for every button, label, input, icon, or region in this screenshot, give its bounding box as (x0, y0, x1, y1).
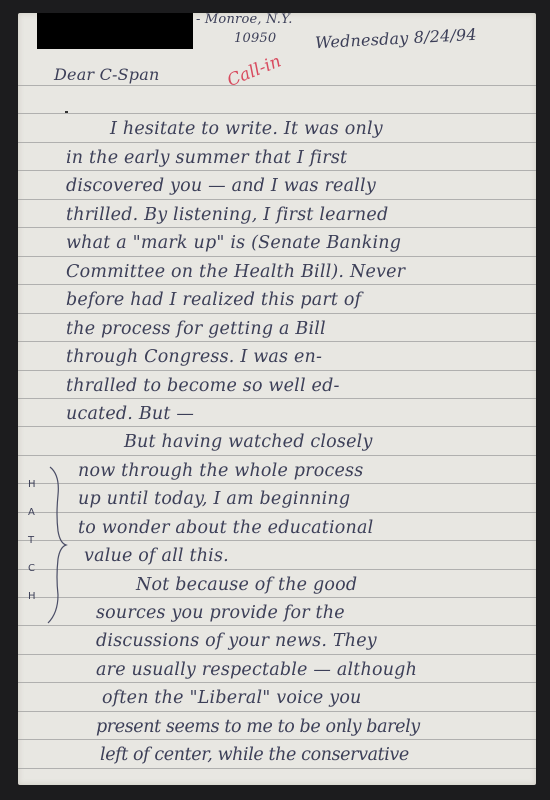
ruled-line (18, 711, 536, 712)
salutation: Dear C-Span (54, 65, 159, 84)
letter-line: in the early summer that I first (66, 148, 347, 168)
ruled-line (18, 113, 536, 114)
letter-line: present seems to me to be only barely (96, 717, 420, 737)
letter-line: now through the whole process (78, 461, 363, 481)
ruled-line (18, 199, 536, 200)
letter-line: thralled to become so well ed- (66, 376, 340, 396)
ruled-line (18, 341, 536, 342)
ruled-line (18, 682, 536, 683)
letter-line: discussions of your news. They (96, 631, 377, 651)
ruled-line (18, 142, 536, 143)
ink-dot (65, 111, 68, 113)
ruled-line (18, 483, 536, 484)
letter-line: before had I realized this part of (66, 290, 361, 310)
letter-line: through Congress. I was en- (66, 347, 322, 367)
curly-brace-icon (46, 465, 76, 625)
margin-letter: C (28, 563, 42, 591)
letter-line: the process for getting a Bill (66, 319, 326, 339)
ruled-line (18, 569, 536, 570)
letter-line: discovered you — and I was really (66, 176, 376, 196)
letter-page: - Monroe, N.Y. 10950 Wednesday 8/24/94 D… (18, 13, 536, 785)
letter-line: are usually respectable — although (96, 660, 417, 680)
margin-letter: H (28, 479, 42, 507)
ruled-line (18, 256, 536, 257)
ruled-line (18, 512, 536, 513)
ruled-line (18, 540, 536, 541)
ruled-line (18, 455, 536, 456)
ruled-line (18, 227, 536, 228)
ruled-line (18, 739, 536, 740)
ruled-line (18, 313, 536, 314)
letter-line: ucated. But — (66, 404, 194, 424)
ruled-line (18, 654, 536, 655)
letter-line: left of center, while the conservative (100, 745, 409, 765)
ruled-line (18, 170, 536, 171)
ruled-line (18, 284, 536, 285)
margin-letter: H (28, 591, 42, 619)
ruled-line (18, 625, 536, 626)
letter-line: Not because of the good (136, 575, 357, 595)
redacted-name-block (37, 13, 193, 49)
ruled-line (18, 370, 536, 371)
address-line-1: - Monroe, N.Y. (196, 13, 293, 27)
letter-date: Wednesday 8/24/94 (315, 25, 478, 52)
letter-line: up until today, I am beginning (78, 489, 350, 509)
ruled-line (18, 597, 536, 598)
margin-note-hatch: H A T C H (28, 479, 42, 619)
ruled-line (18, 85, 536, 86)
letter-line: often the "Liberal" voice you (102, 688, 362, 708)
ruled-line (18, 426, 536, 427)
letter-line: But having watched closely (124, 432, 373, 452)
letter-line: what a "mark up" is (Senate Banking (66, 233, 401, 253)
ruled-line (18, 398, 536, 399)
letter-line: thrilled. By listening, I first learned (66, 205, 388, 225)
letter-line: to wonder about the educational (78, 518, 373, 538)
letter-line: value of all this. (84, 546, 229, 566)
margin-letter: T (28, 535, 42, 563)
letter-line: Committee on the Health Bill). Never (66, 262, 405, 282)
letter-line: sources you provide for the (96, 603, 345, 623)
margin-letter: A (28, 507, 42, 535)
letter-line: I hesitate to write. It was only (110, 119, 383, 139)
address-zip: 10950 (234, 31, 276, 46)
ruled-line (18, 768, 536, 769)
